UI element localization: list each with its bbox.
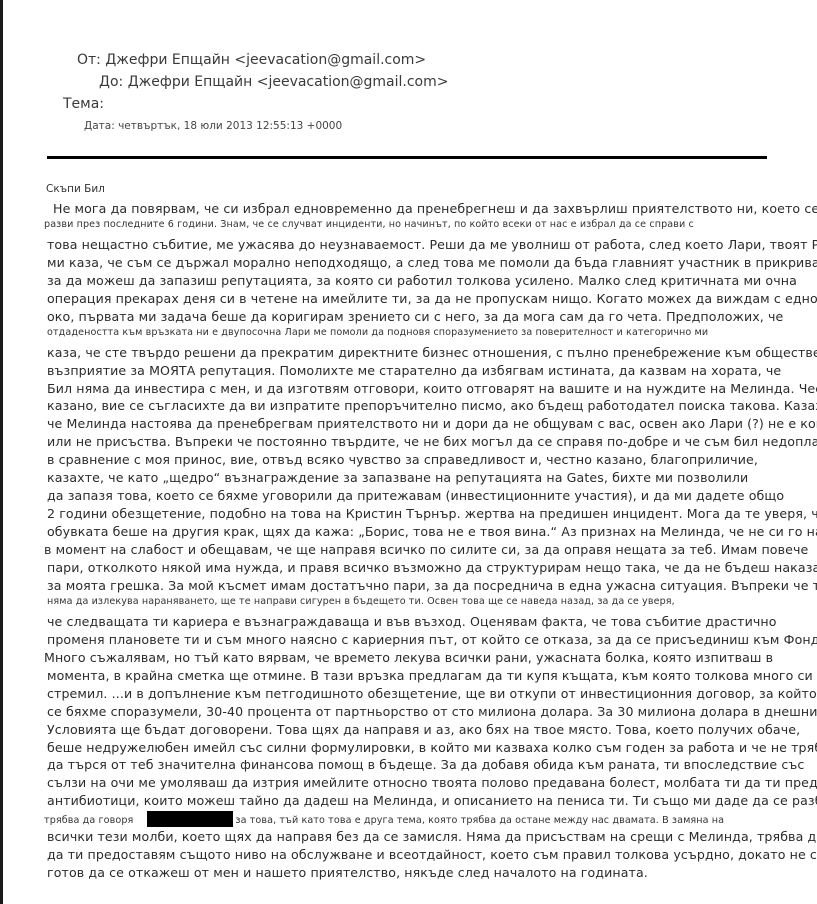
body-line: казано, вие се съгласихте да ви изпратит… [47, 398, 817, 413]
body-line-text: за това, тъй като това е друга тема, коя… [235, 815, 724, 826]
body-line: ми каза, че съм се държал морално неподх… [47, 255, 817, 270]
body-line: за да можеш да запазиш репутацията, за к… [47, 273, 797, 288]
to-value: Джефри Епщайн <jeevacation@gmail.com> [128, 74, 449, 90]
body-line: казахте, че като „щедро“ възнаграждение … [47, 470, 748, 485]
body-line: момента, в крайна сметка ще отмине. В та… [47, 668, 817, 683]
body-line: в сравнение с моя принос, вие, отвъд вся… [47, 452, 758, 467]
body-line: око, първата ми задача беше да коригирам… [47, 309, 783, 324]
body-line: готов да се откажеш от мен и нашето прия… [47, 865, 648, 880]
body-line: променя плановете ти и съм много наясно … [47, 632, 817, 647]
body-line: операция прекарах деня си в четене на им… [47, 291, 817, 306]
body-line: Много съжалявам, но тъй като вярвам, че … [44, 650, 773, 665]
body-line: 2 години обезщетение, подобно на това на… [47, 506, 817, 521]
body-line: или не присъства. Въпреки че постоянно т… [47, 434, 817, 449]
body-line: каза, че сте твърдо решени да прекратим … [47, 345, 817, 360]
body-line: отдадеността към връзката ни е двупосочн… [47, 327, 708, 338]
email-from-field: От: Джефри Епщайн <jeevacation@gmail.com… [77, 52, 426, 68]
body-line: Не мога да повярвам, че си избрал едновр… [53, 201, 817, 216]
body-line: разви през последните 6 години. Знам, че… [44, 219, 694, 230]
subject-label: Тема: [63, 96, 104, 112]
email-date-field: Дата: четвъртък, 18 юли 2013 12:55:13 +0… [84, 120, 342, 132]
body-line: антибиотици, които можеш тайно да дадеш … [47, 793, 817, 808]
body-line: за моята грешка. За мой късмет имам дост… [47, 578, 817, 593]
email-greeting: Скъпи Бил [46, 183, 105, 195]
body-line: Бил няма да инвестира с мен, и да изготв… [47, 381, 817, 396]
email-to-field: До: Джефри Епщайн <jeevacation@gmail.com… [99, 74, 449, 90]
redaction-block [147, 811, 233, 827]
body-line: да ти предоставям същото ниво на обслужв… [47, 847, 817, 862]
body-line: сълзи на очи ме умоляваш да изтрия имейл… [47, 775, 817, 790]
page-left-border [0, 0, 3, 904]
body-line: всички тези молби, което щях да направя … [47, 829, 817, 844]
body-line: че Мелинда настоява да пренебрегвам прия… [47, 416, 817, 431]
to-label: До: [99, 74, 123, 90]
date-label: Дата: [84, 120, 115, 132]
body-line: трябва да говоряза това, тъй като това е… [44, 811, 724, 827]
body-line: се бяхме споразумели, 30-40 процента от … [47, 704, 817, 719]
body-line: пари, отколкото някой има нужда, и правя… [47, 560, 817, 575]
body-line: това нещастно събитие, ме ужасява до неу… [47, 237, 817, 252]
email-subject-field: Тема: [63, 96, 104, 112]
body-line: стремил. ...и в допълнение към петгодишн… [47, 686, 817, 701]
body-line: да търся от теб значителна финансова пом… [47, 757, 804, 772]
body-line: в момент на слабост и обещавам, че ще на… [44, 542, 808, 557]
date-value: четвъртък, 18 юли 2013 12:55:13 +0000 [118, 120, 342, 132]
body-line: че следващата ти кариера е възнаграждава… [47, 614, 777, 629]
body-line: беше недружелюбен имейл със силни формул… [47, 740, 817, 755]
from-value: Джефри Епщайн <jeevacation@gmail.com> [105, 52, 426, 68]
body-line-text: трябва да говоря [44, 815, 133, 826]
header-divider [47, 156, 767, 159]
body-line: да запазя това, което се бяхме уговорили… [47, 488, 784, 503]
body-line: няма да излекува нараняването, ще те нап… [47, 596, 675, 607]
body-line: възприятие за МОЯТА репутация. Помолихте… [47, 363, 781, 378]
body-line: Условията ще бъдат договорени. Това щях … [47, 722, 800, 737]
body-line: обувката беше на другия крак, щях да каж… [47, 524, 817, 539]
from-label: От: [77, 52, 101, 68]
